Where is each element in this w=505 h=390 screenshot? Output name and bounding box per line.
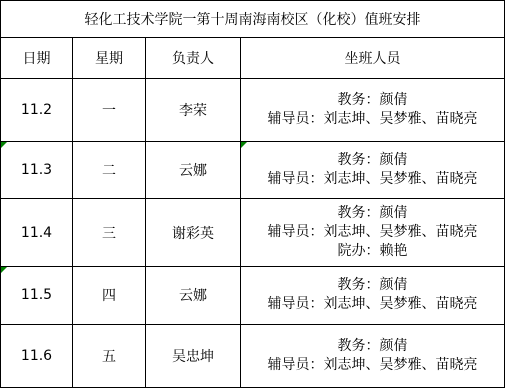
table-row: 11.2 一 李荣 教务：颜倩 辅导员：刘志坤、吴梦雅、苗晓亮: [1, 79, 505, 142]
staff-cell[interactable]: 教务：颜倩 辅导员：刘志坤、吴梦雅、苗晓亮: [241, 324, 505, 387]
leader-cell[interactable]: 李荣: [146, 79, 241, 142]
date-cell[interactable]: 11.5: [1, 266, 73, 324]
leader-cell[interactable]: 云娜: [146, 142, 241, 199]
cell-comment-indicator-icon: [1, 142, 7, 148]
header-leader: 负责人: [146, 38, 241, 79]
staff-line: 辅导员：刘志坤、吴梦雅、苗晓亮: [241, 295, 504, 314]
table-row: 11.5 四 云娜 教务：颜倩 辅导员：刘志坤、吴梦雅、苗晓亮: [1, 266, 505, 324]
staff-line: 教务：颜倩: [241, 276, 504, 295]
staff-cell[interactable]: 教务：颜倩 辅导员：刘志坤、吴梦雅、苗晓亮: [241, 142, 505, 199]
title-row: 轻化工技术学院一第十周南海南校区（化校）值班安排: [1, 1, 505, 38]
header-date: 日期: [1, 38, 73, 79]
staff-cell[interactable]: 教务：颜倩 辅导员：刘志坤、吴梦雅、苗晓亮: [241, 79, 505, 142]
weekday-cell[interactable]: 四: [73, 266, 146, 324]
cell-comment-indicator-icon: [241, 142, 247, 148]
staff-line: 辅导员：刘志坤、吴梦雅、苗晓亮: [241, 356, 504, 375]
staff-cell[interactable]: 教务：颜倩 辅导员：刘志坤、吴梦雅、苗晓亮 院办：赖艳: [241, 199, 505, 266]
staff-line: 教务：颜倩: [241, 204, 504, 223]
date-cell[interactable]: 11.4: [1, 199, 73, 266]
staff-line: 教务：颜倩: [241, 151, 504, 170]
staff-line: 教务：颜倩: [241, 337, 504, 356]
staff-cell[interactable]: 教务：颜倩 辅导员：刘志坤、吴梦雅、苗晓亮: [241, 266, 505, 324]
date-cell[interactable]: 11.3: [1, 142, 73, 199]
table-row: 11.3 二 云娜 教务：颜倩 辅导员：刘志坤、吴梦雅、苗晓亮: [1, 142, 505, 199]
staff-line: 教务：颜倩: [241, 91, 504, 110]
weekday-cell[interactable]: 二: [73, 142, 146, 199]
table-row: 11.6 五 吴忠坤 教务：颜倩 辅导员：刘志坤、吴梦雅、苗晓亮: [1, 324, 505, 387]
date-cell[interactable]: 11.6: [1, 324, 73, 387]
leader-cell[interactable]: 云娜: [146, 266, 241, 324]
staff-line: 辅导员：刘志坤、吴梦雅、苗晓亮: [241, 110, 504, 129]
header-staff: 坐班人员: [241, 38, 505, 79]
weekday-cell[interactable]: 五: [73, 324, 146, 387]
header-weekday: 星期: [73, 38, 146, 79]
cell-comment-indicator-icon: [1, 267, 7, 273]
header-row: 日期 星期 负责人 坐班人员: [1, 38, 505, 79]
date-cell[interactable]: 11.2: [1, 79, 73, 142]
leader-cell[interactable]: 吴忠坤: [146, 324, 241, 387]
duty-schedule-table: 轻化工技术学院一第十周南海南校区（化校）值班安排 日期 星期 负责人 坐班人员 …: [0, 0, 505, 388]
staff-line: 辅导员：刘志坤、吴梦雅、苗晓亮: [241, 170, 504, 189]
staff-line: 院办：赖艳: [241, 242, 504, 261]
staff-line: 辅导员：刘志坤、吴梦雅、苗晓亮: [241, 223, 504, 242]
leader-cell[interactable]: 谢彩英: [146, 199, 241, 266]
page-title: 轻化工技术学院一第十周南海南校区（化校）值班安排: [1, 1, 505, 38]
weekday-cell[interactable]: 三: [73, 199, 146, 266]
weekday-cell[interactable]: 一: [73, 79, 146, 142]
table-row: 11.4 三 谢彩英 教务：颜倩 辅导员：刘志坤、吴梦雅、苗晓亮 院办：赖艳: [1, 199, 505, 266]
